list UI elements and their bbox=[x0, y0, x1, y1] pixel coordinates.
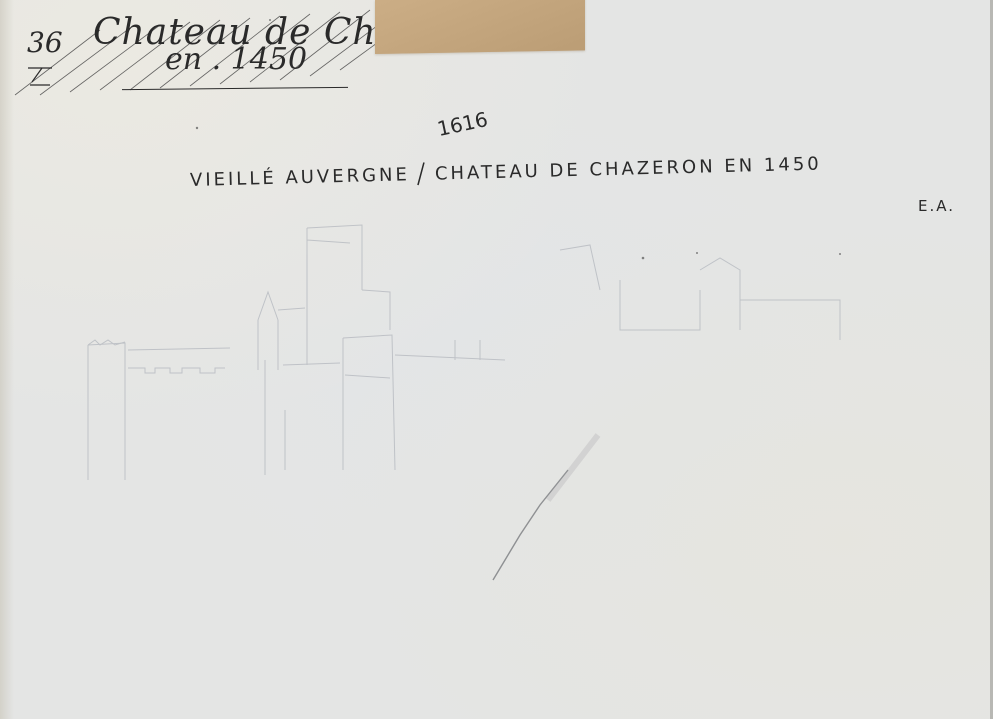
paper-left-edge bbox=[0, 0, 14, 719]
inventory-number: 36 bbox=[27, 26, 63, 59]
caption-subject: CHATEAU DE CHAZERON EN 1450 bbox=[435, 153, 822, 184]
kraft-tape-strip bbox=[375, 0, 585, 54]
date-handwritten: en . 1450 bbox=[165, 42, 307, 77]
caption-region: VIEILLÉ AUVERGNE bbox=[190, 164, 410, 191]
caption-line: VIEILLÉ AUVERGNE/CHATEAU DE CHAZERON EN … bbox=[190, 153, 822, 191]
paper-sheet: 36 Chateau de Chazeron en . 1450 1616 VI… bbox=[0, 0, 993, 719]
artist-initials: E.A. bbox=[918, 197, 955, 215]
year-note: 1616 bbox=[435, 107, 490, 141]
caption-separator: / bbox=[417, 157, 428, 192]
paper-right-edge bbox=[990, 0, 993, 719]
castle-pencil-sketch bbox=[0, 0, 993, 719]
